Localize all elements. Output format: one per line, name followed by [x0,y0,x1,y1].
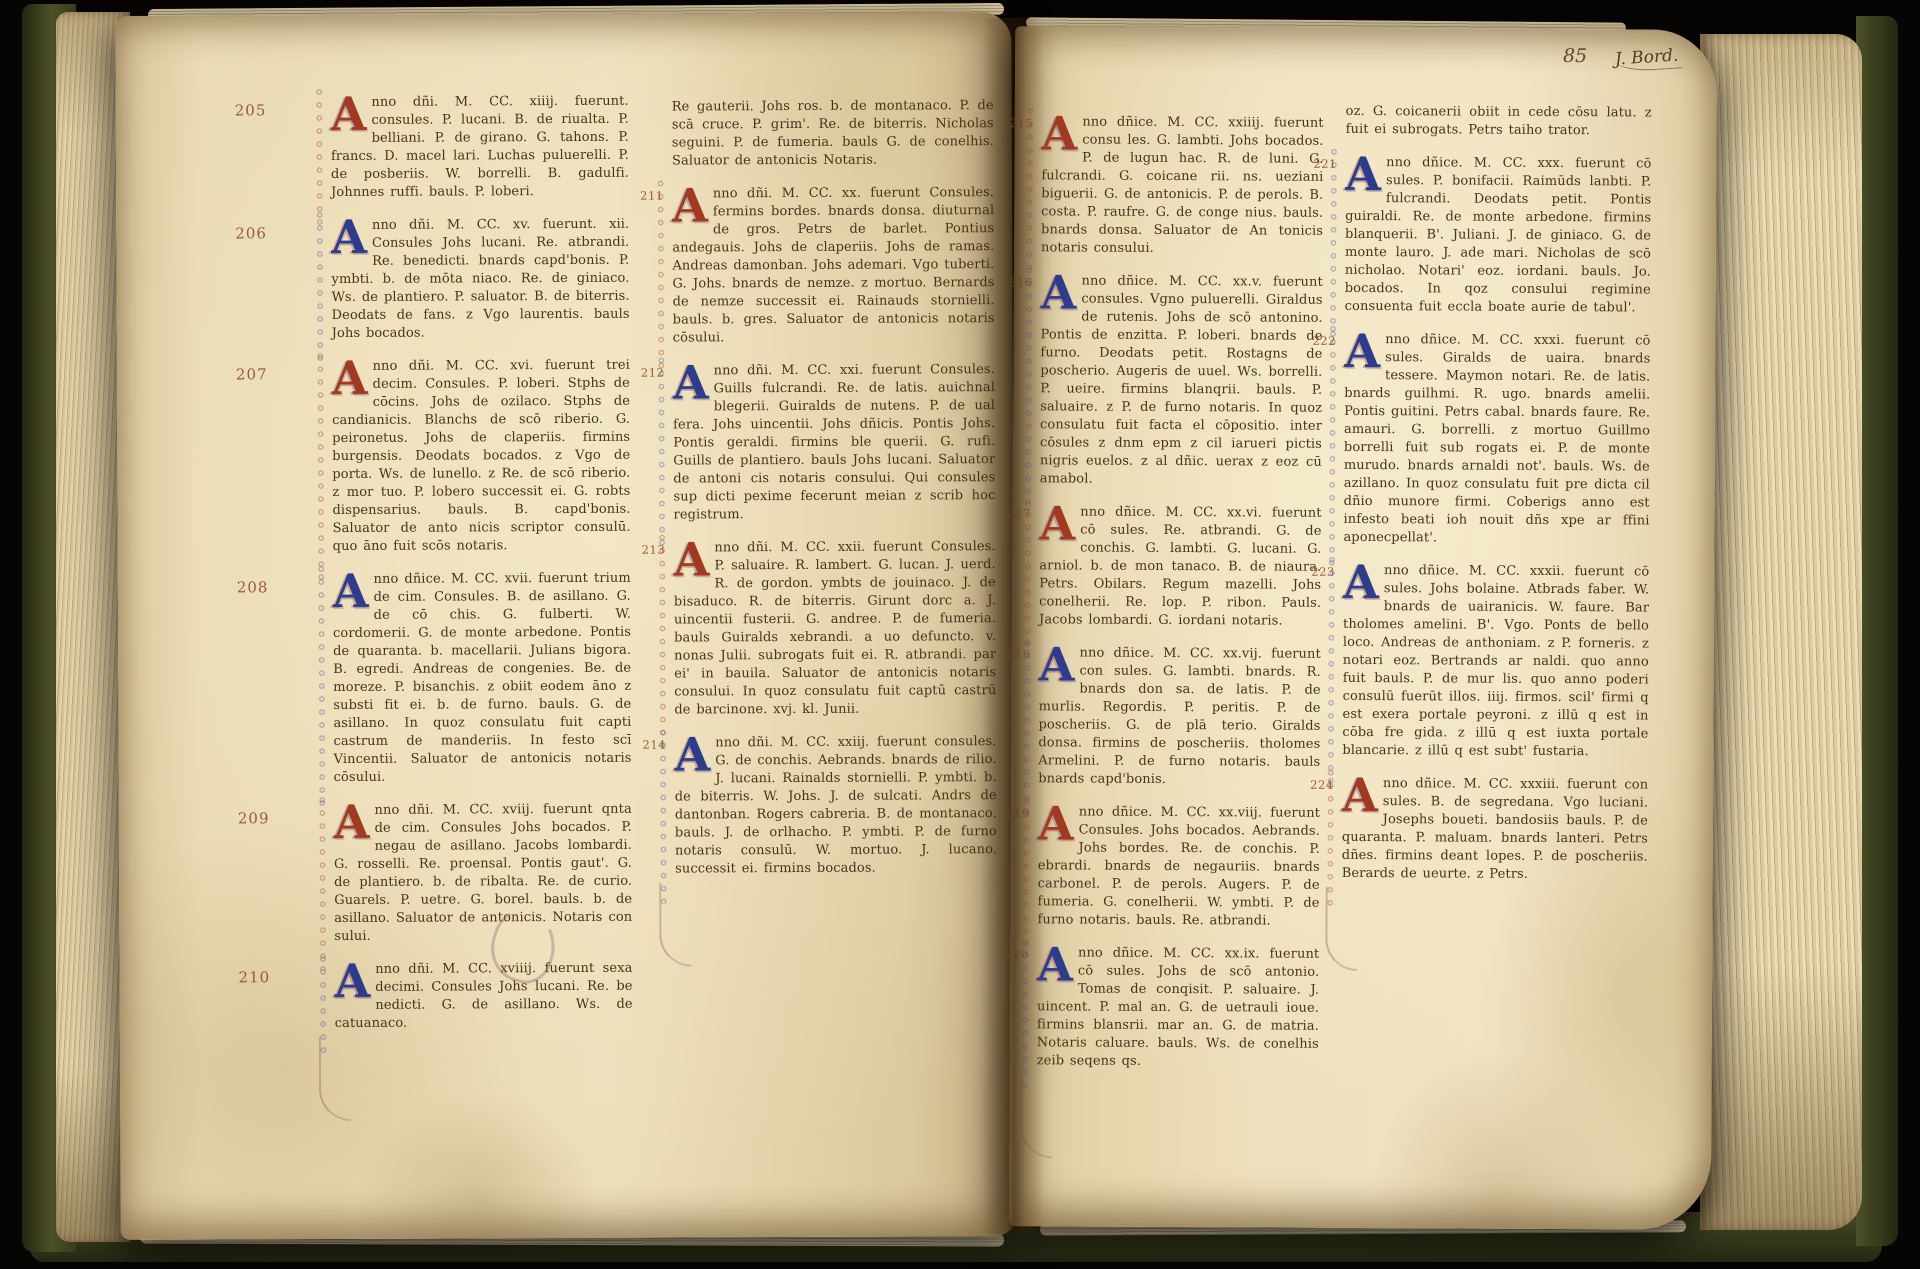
photo-background: 205Anno dñi. M. CC. xiiij. fuerunt. cons… [0,0,1920,1269]
annal-entry: 207Anno dñi. M. CC. xvi. fuerunt trei de… [332,356,631,555]
illuminated-initial: A [334,963,368,1000]
folio-inscription: J. Bord. [1613,45,1684,72]
illuminated-initial: A [672,187,706,224]
pen-flourish-rail [1326,553,1336,785]
illuminated-initial: A [1041,115,1075,152]
pen-flourish-rail [1021,935,1031,1095]
pen-flourish-rail [1024,263,1034,513]
folio-annotations: 85J. Bord. [1563,45,1683,71]
pen-flourish-rail [658,531,668,745]
annal-entry: 212Anno dñi. M. CC. xxi. fuerunt Consule… [673,360,996,523]
entry-text: nno dñi. M. CC. xxii. fuerunt Consules. … [674,539,996,717]
illuminated-initial: A [674,541,708,578]
entry-text: nno dñi. M. CC. xiiij. fuerunt. consules… [331,94,629,200]
entry-text: nno dñi. M. CC. xviiij. fuerunt sexa dec… [335,961,633,1031]
margin-year-number: 209 [238,809,270,827]
book-cover-right [1856,16,1898,1246]
annal-entry: 224Anno dñice. M. CC. xxxiii. fuerunt co… [1342,774,1649,884]
pen-flourish-rail [315,208,325,368]
illuminated-initial: A [1344,333,1378,370]
text-column-left-1: 205Anno dñi. M. CC. xiiij. fuerunt. cons… [331,92,633,1047]
pen-flourish-rail [1327,322,1337,572]
illuminated-initial: A [1039,646,1073,683]
entry-text: nno dñi. M. CC. xxiij. fuerunt consules.… [675,734,997,876]
pen-flourish-rail [658,726,668,904]
annal-entry: 221Anno dñice. M. CC. xxx. fuerunt cō su… [1345,153,1652,317]
manuscript-page-left: 205Anno dñi. M. CC. xiiij. fuerunt. cons… [115,12,1016,1240]
illuminated-initial: A [1041,274,1075,311]
annal-entry: 216Anno dñice. M. CC. xx.v. fuerunt cons… [1040,271,1323,488]
illuminated-initial: A [331,96,365,133]
entry-text: nno dñice. M. CC. xxxi. fuerunt cō sules… [1343,332,1650,545]
text-column-left-2: Re gauterii. Johs ros. b. de montanaco. … [672,96,997,892]
pen-flourish-rail [317,562,327,812]
illuminated-initial: A [1342,777,1376,814]
margin-year-number: 205 [235,101,267,119]
margin-year-number: 208 [237,578,269,596]
illuminated-initial: A [674,736,708,773]
entry-text: oz. G. coicanerii obiit in cede cōsu lat… [1346,104,1652,138]
pen-flourish-rail [315,85,325,227]
illuminated-initial: A [1037,946,1071,983]
annal-entry: 211Anno dñi. M. CC. xx. fuerunt Consules… [672,183,995,346]
entry-text: nno dñice. M. CC. xx.viij. fuerunt Consu… [1037,805,1320,929]
illuminated-initial: A [334,804,368,841]
annal-entry: 215Anno dñice. M. CC. xxiiij. fuerunt co… [1041,112,1324,257]
pen-flourish-rail [318,952,327,1058]
pen-flourish-rail [316,349,326,581]
entry-text: nno dñice. M. CC. xvii. fuerunt trium de… [333,571,632,785]
entry-text: nno dñi. M. CC. xx. fuerunt Consules. fe… [672,185,994,345]
pen-flourish-rail [657,354,667,550]
entry-text: nno dñice. M. CC. xx.v. fuerunt consules… [1040,274,1323,487]
illuminated-initial: A [332,360,366,397]
pen-flourish-rail [1025,104,1035,282]
page-edges-right [1700,34,1862,1230]
annal-entry: 218Anno dñice. M. CC. xx.vij. fuerunt co… [1038,643,1321,788]
annal-entry: 214Anno dñi. M. CC. xxiij. fuerunt consu… [674,732,997,877]
illuminated-initial: A [331,219,365,256]
annal-entry: 217Anno dñice. M. CC. xx.vi. fuerunt cō … [1039,502,1322,629]
pen-flourish-rail [656,177,666,373]
illuminated-initial: A [1039,505,1073,542]
margin-year-number: 206 [235,224,267,242]
folio-number: 85 [1563,45,1587,67]
entry-text: nno dñi. M. CC. xv. fuerunt. xii. Consul… [331,217,629,341]
annal-entry: 209Anno dñi. M. CC. xviij. fuerunt qnta … [334,800,633,945]
illuminated-initial: A [673,364,707,401]
annal-entry: 206Anno dñi. M. CC. xv. fuerunt. xii. Co… [331,215,630,342]
illuminated-initial: A [1345,156,1379,193]
annal-entry: 219Anno dñice. M. CC. xx.viij. fuerunt C… [1037,802,1320,929]
illuminated-initial: A [333,573,367,610]
entry-text: nno dñice. M. CC. xxxii. fuerunt cō sule… [1342,563,1649,759]
annal-entry: 220Anno dñice. M. CC. xx.ix. fuerunt cō … [1037,943,1320,1070]
entry-text: nno dñice. M. CC. xx.vi. fuerunt cō sule… [1039,505,1322,629]
illuminated-initial: A [1343,564,1377,601]
text-column-right-2: oz. G. coicanerii obiit in cede cōsu lat… [1342,102,1652,899]
annal-entry: oz. G. coicanerii obiit in cede cōsu lat… [1346,102,1652,140]
entry-text: nno dñice. M. CC. xx.ix. fuerunt cō sule… [1037,946,1320,1069]
annal-entry: 223Anno dñice. M. CC. xxxii. fuerunt cō … [1342,561,1649,761]
entry-text: nno dñice. M. CC. xx.vij. fuerunt con su… [1038,646,1321,787]
entry-text: nno dñice. M. CC. xxiiij. fuerunt consu … [1041,115,1324,256]
annal-entry: Re gauterii. Johs ros. b. de montanaco. … [672,96,994,169]
margin-year-number: 207 [236,365,268,383]
illuminated-initial: A [1038,805,1072,842]
pen-flourish-rail [1329,145,1339,341]
pen-flourish-rail [1023,494,1033,654]
annal-entry: 208Anno dñice. M. CC. xvii. fuerunt triu… [333,569,632,786]
pen-flourish-rail [1022,635,1032,813]
annal-entry: 213Anno dñi. M. CC. xxii. fuerunt Consul… [674,537,997,718]
manuscript-page-right: 85J. Bord. 215Anno dñice. M. CC. xxiiij.… [1009,26,1717,1230]
pen-flourish-rail [318,793,328,971]
margin-year-number: 210 [238,968,270,986]
entry-text: nno dñi. M. CC. xxi. fuerunt Consules. G… [673,362,995,522]
annal-entry: 210Anno dñi. M. CC. xviiij. fuerunt sexa… [334,959,632,1032]
entry-text: nno dñi. M. CC. xviij. fuerunt qnta de c… [334,802,632,944]
annal-entry: 222Anno dñice. M. CC. xxxi. fuerunt cō s… [1343,330,1650,548]
annal-entry: 205Anno dñi. M. CC. xiiij. fuerunt. cons… [331,92,629,201]
entry-text: nno dñi. M. CC. xvi. fuerunt trei decim.… [332,358,631,554]
pen-flourish-rail [1021,794,1031,954]
entry-text: Re gauterii. Johs ros. b. de montanaco. … [672,98,994,168]
pen-flourish-rail [1326,766,1336,908]
text-column-right-1: 215Anno dñice. M. CC. xxiiij. fuerunt co… [1037,112,1324,1085]
entry-text: nno dñice. M. CC. xxx. fuerunt cō sules.… [1345,155,1652,315]
entry-text: nno dñice. M. CC. xxxiii. fuerunt con su… [1342,776,1649,882]
